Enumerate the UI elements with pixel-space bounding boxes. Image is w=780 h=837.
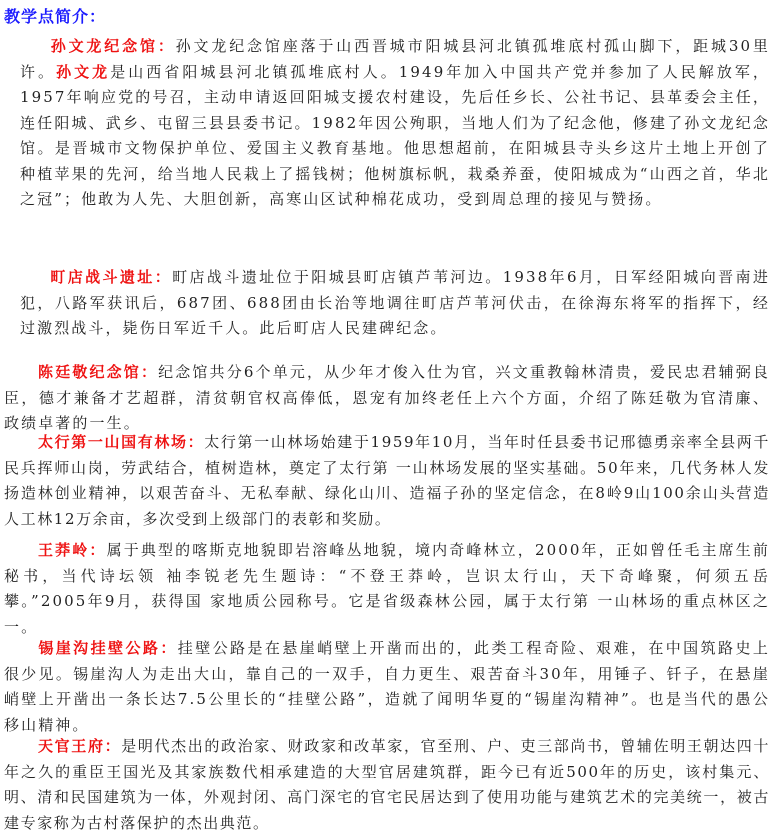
term-label: 锡崖沟挂壁公路： — [38, 639, 178, 657]
term-label: 陈廷敬纪念馆： — [38, 363, 158, 381]
term-label: 王莽岭： — [38, 541, 107, 559]
paragraph-taihang-forest: 太行第一山国有林场：太行第一山林场始建于1959年10月，当年时任县委书记邢德勇… — [4, 430, 770, 532]
section-heading: 教学点简介： — [4, 4, 106, 27]
paragraph-dingdian: 町店战斗遗址：町店战斗遗址位于阳城县町店镇芦苇河边。1938年6月，日军经阳城向… — [20, 265, 770, 342]
term-label: 孙文龙纪念馆： — [50, 37, 176, 55]
term-label: 天官王府： — [38, 737, 121, 755]
paragraph-tianguan-mansion: 天官王府：是明代杰出的政治家、财政家和改革家，官至刑、户、吏三部尚书，曾辅佐明王… — [4, 734, 770, 836]
document-page: 教学点简介： 孙文龙纪念馆：孙文龙纪念馆座落于山西晋城市阳城县河北镇孤堆底村孤山… — [0, 0, 780, 837]
paragraph-sun-wenlong: 孙文龙纪念馆：孙文龙纪念馆座落于山西晋城市阳城县河北镇孤堆底村孤山脚下，距城30… — [20, 34, 770, 213]
highlight-name: 孙文龙 — [56, 63, 110, 81]
term-label: 太行第一山国有林场： — [38, 433, 204, 451]
paragraph-xiyagou-road: 锡崖沟挂壁公路：挂壁公路是在悬崖峭壁上开凿而出的，此类工程奇险、艰难，在中国筑路… — [4, 636, 770, 738]
paragraph-text: 属于典型的喀斯克地貌即岩溶峰丛地貌，境内奇峰林立，2000年，正如曾任毛主席生前… — [4, 541, 770, 636]
term-label: 町店战斗遗址： — [50, 268, 172, 286]
paragraph-wangmang-ridge: 王莽岭：属于典型的喀斯克地貌即岩溶峰丛地貌，境内奇峰林立，2000年，正如曾任毛… — [4, 538, 770, 640]
paragraph-chen-tingjing: 陈廷敬纪念馆：纪念馆共分6个单元，从少年才俊入仕为官，兴文重教翰林清贵，爱民忠君… — [4, 360, 770, 437]
paragraph-text: 是山西省阳城县河北镇孤堆底村人。1949年加入中国共产党并参加了人民解放军，19… — [20, 63, 770, 209]
